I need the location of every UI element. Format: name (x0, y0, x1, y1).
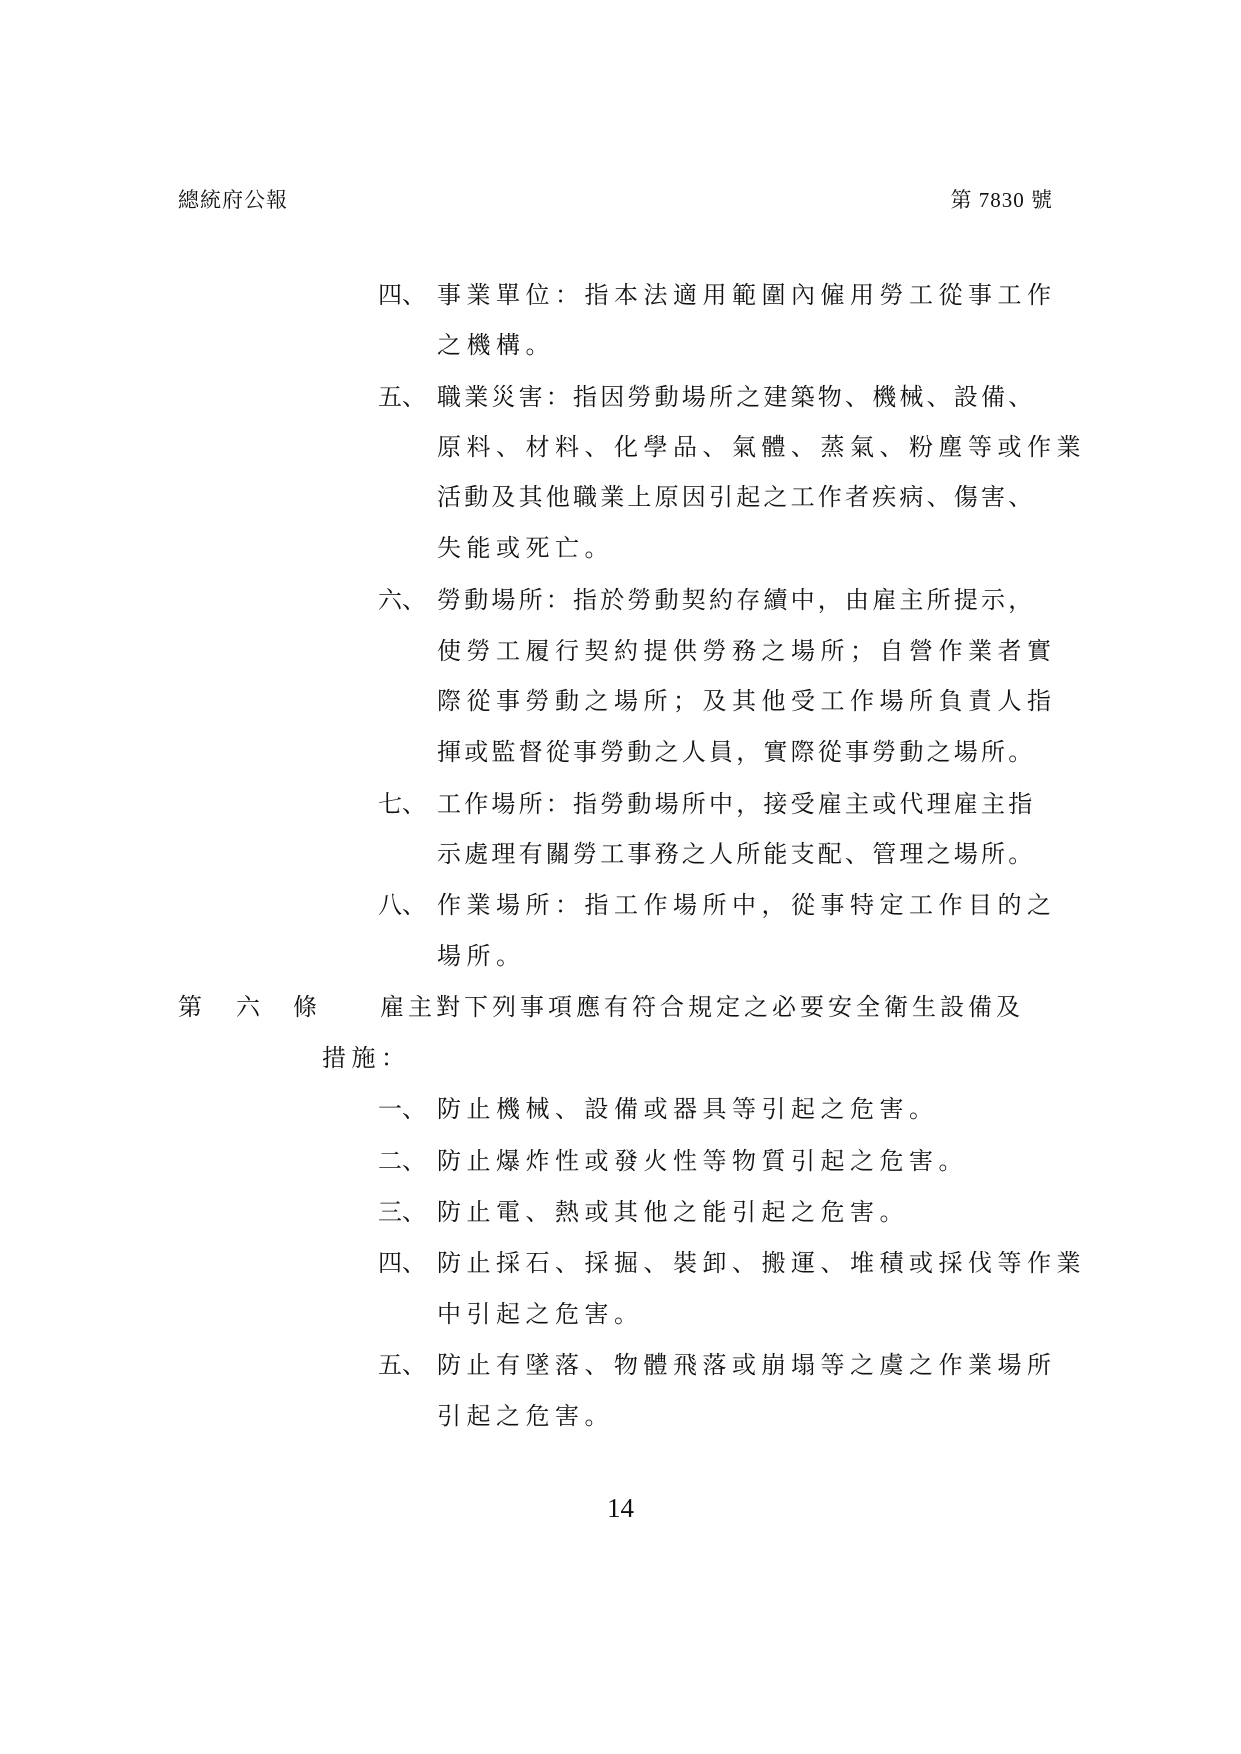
article-label-di: 第 (178, 992, 202, 1022)
item-text-line: 防止採石、採掘、裝卸、搬運、堆積或採伐等作業 (437, 1248, 1086, 1278)
item-text-line: 作業場所：指工作場所中，從事特定工作目的之 (437, 890, 1057, 920)
item-number: 三、 (378, 1197, 426, 1227)
item-text-line: 使勞工履行契約提供勞務之場所；自營作業者實 (437, 636, 1057, 666)
item-text-line: 場所。 (437, 941, 526, 971)
item-text-line: 勞動場所：指於勞動契約存續中，由雇主所提示， (437, 585, 1035, 615)
item-text-line: 防止有墜落、物體飛落或崩塌等之虞之作業場所 (437, 1350, 1057, 1380)
item-text-line: 原料、材料、化學品、氣體、蒸氣、粉塵等或作業 (437, 432, 1086, 462)
item-text-line: 之機構。 (437, 330, 555, 360)
article-intro-line: 雇主對下列事項應有符合規定之必要安全衛生設備及 (380, 992, 1024, 1022)
item-text-line: 引起之危害。 (437, 1401, 614, 1431)
item-text-line: 防止電、熱或其他之能引起之危害。 (437, 1197, 909, 1227)
item-text-line: 中引起之危害。 (437, 1299, 644, 1329)
page-number: 14 (0, 1493, 1241, 1524)
item-number: 二、 (378, 1146, 426, 1176)
item-text-line: 防止機械、設備或器具等引起之危害。 (437, 1094, 939, 1124)
issue-number: 第 7830 號 (951, 184, 1054, 214)
article-label-tiao: 條 (293, 992, 317, 1022)
item-text-line: 示處理有關勞工事務之人所能支配、管理之場所。 (437, 839, 1035, 869)
item-number: 八、 (378, 890, 426, 920)
item-text-line: 工作場所：指勞動場所中，接受雇主或代理雇主指 (437, 789, 1035, 819)
item-text-line: 揮或監督從事勞動之人員，實際從事勞動之場所。 (437, 737, 1035, 767)
item-text-line: 際從事勞動之場所；及其他受工作場所負責人指 (437, 686, 1057, 716)
item-text-line: 職業災害：指因勞動場所之建築物、機械、設備、 (437, 382, 1035, 412)
item-text-line: 事業單位：指本法適用範圍內僱用勞工從事工作 (437, 280, 1057, 310)
item-number: 六、 (378, 585, 426, 615)
item-number: 七、 (378, 789, 426, 819)
article-label-number: 六 (236, 992, 260, 1022)
publication-title: 總統府公報 (178, 184, 288, 214)
item-number: 四、 (378, 280, 426, 310)
item-text-line: 活動及其他職業上原因引起之工作者疾病、傷害、 (437, 482, 1035, 512)
item-number: 五、 (378, 382, 426, 412)
item-number: 五、 (378, 1350, 426, 1380)
item-number: 一、 (378, 1094, 426, 1124)
item-text-line: 防止爆炸性或發火性等物質引起之危害。 (437, 1146, 968, 1176)
item-text-line: 失能或死亡。 (437, 533, 614, 563)
item-number: 四、 (378, 1248, 426, 1278)
article-intro-line: 措施： (322, 1043, 411, 1073)
